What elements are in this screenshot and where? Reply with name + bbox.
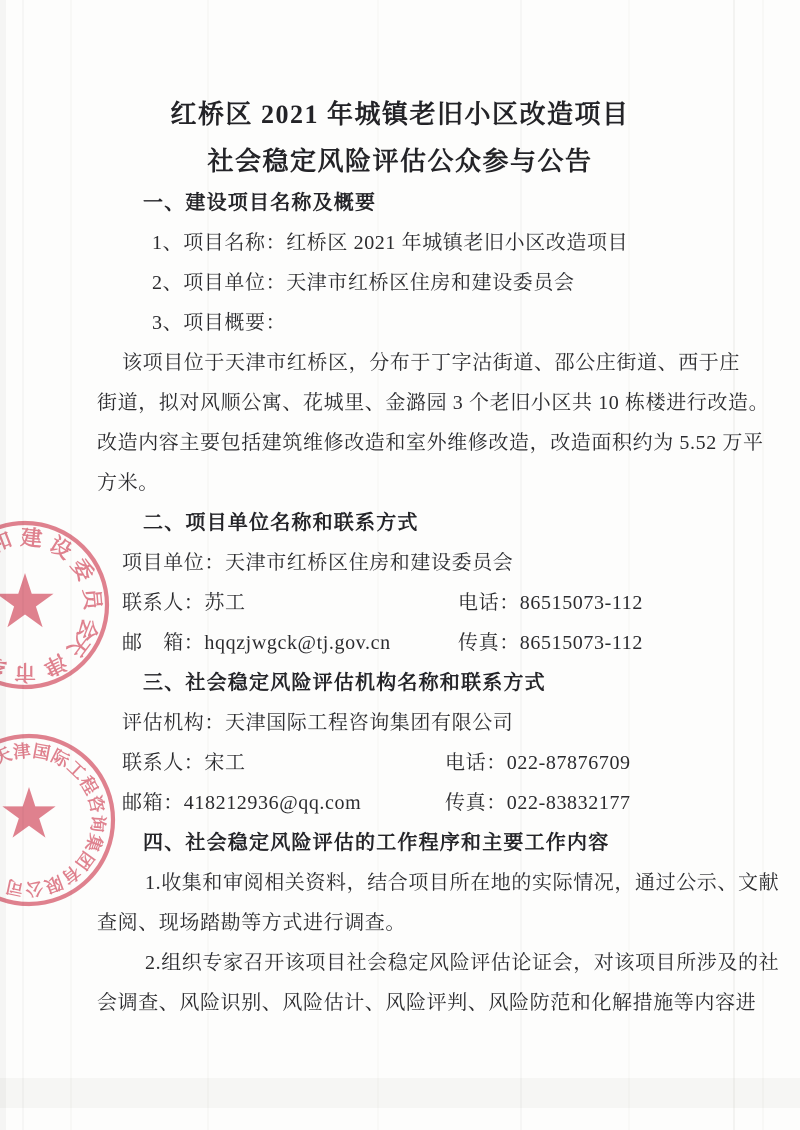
agency-contact-row: 联系人：宋工 电话：022-87876709 <box>97 743 757 783</box>
agency-fax-number: 传真：022-83832177 <box>445 783 631 823</box>
procedure-step1-line1: 1.收集和审阅相关资料，结合项目所在地的实际情况，通过公示、文献 <box>97 863 757 903</box>
document-page: 红桥区 2021 年城镇老旧小区改造项目 社会稳定风险评估公众参与公告 一、建设… <box>0 0 800 1130</box>
project-summary-line1: 该项目位于天津市红桥区，分布于丁字沽街道、邵公庄街道、西于庄 <box>97 343 757 383</box>
seal-text-char: 咨 <box>84 793 108 815</box>
project-unit-line: 2、项目单位：天津市红桥区住房和建设委员会 <box>97 263 757 303</box>
agency-email-row: 邮箱：418212936@qq.com 传真：022-83832177 <box>97 783 757 823</box>
project-summary-line2: 街道，拟对风顺公寓、花城里、金潞园 3 个老旧小区共 10 栋楼进行改造。 <box>97 383 757 423</box>
procedure-step1-line2: 查阅、现场踏勘等方式进行调查。 <box>97 903 757 943</box>
procedure-step2-line2: 会调查、风险识别、风险估计、风险评判、风险防范和化解措施等内容进 <box>97 983 757 1023</box>
unit-email-address: 邮 箱：hqqzjwgck@tj.gov.cn <box>122 632 391 654</box>
document-title: 红桥区 2021 年城镇老旧小区改造项目 社会稳定风险评估公众参与公告 <box>0 91 800 185</box>
seal-star-icon <box>0 573 54 627</box>
agency-name-line: 评估机构：天津国际工程咨询集团有限公司 <box>97 703 757 743</box>
section4-heading: 四、社会稳定风险评估的工作程序和主要工作内容 <box>97 823 757 863</box>
scan-bottom-band <box>0 1078 800 1108</box>
agency-phone-number: 电话：022-87876709 <box>445 743 631 783</box>
seal-text-char: 员 <box>79 587 105 612</box>
unit-email-row: 邮 箱：hqqzjwgck@tj.gov.cn 传真：86515073-112 <box>97 623 757 663</box>
official-seal-consulting-group: 天津国际工程咨询集团有限公司 <box>0 700 149 940</box>
agency-email-address: 邮箱：418212936@qq.com <box>122 792 361 814</box>
section2-heading: 二、项目单位名称和联系方式 <box>97 503 757 543</box>
seal-text-char: 和 <box>0 527 15 557</box>
project-name-line: 1、项目名称：红桥区 2021 年城镇老旧小区改造项目 <box>97 223 757 263</box>
document-body: 一、建设项目名称及概要 1、项目名称：红桥区 2021 年城镇老旧小区改造项目 … <box>97 183 757 1023</box>
seal-text-char: 询 <box>87 814 108 833</box>
unit-fax-number: 传真：86515073-112 <box>458 623 643 663</box>
document-title-line2: 社会稳定风险评估公众参与公告 <box>0 138 800 185</box>
seal-star-icon <box>2 787 55 838</box>
unit-phone-number: 电话：86515073-112 <box>458 583 643 623</box>
procedure-step2-line1: 2.组织专家召开该项目社会稳定风险评估论证会，对该项目所涉及的社 <box>97 943 757 983</box>
document-title-line1: 红桥区 2021 年城镇老旧小区改造项目 <box>0 91 800 138</box>
section1-heading: 一、建设项目名称及概要 <box>97 183 757 223</box>
seal-text-char: 津 <box>12 740 32 762</box>
seal-text-char: 建 <box>20 524 44 551</box>
seal-text-char: 公 <box>24 878 44 899</box>
section3-heading: 三、社会稳定风险评估机构名称和联系方式 <box>97 663 757 703</box>
unit-contact-row: 联系人：苏工 电话：86515073-112 <box>97 583 757 623</box>
seal-text-char: 市 <box>14 660 36 684</box>
project-summary-line4: 方米。 <box>97 463 757 503</box>
official-seal-housing-committee: 天津市红桥区住房和建设委员会 <box>0 485 145 725</box>
unit-name-line: 项目单位：天津市红桥区住房和建设委员会 <box>97 543 757 583</box>
seal-text-char: 司 <box>4 876 25 899</box>
project-summary-label: 3、项目概要： <box>97 303 757 343</box>
seal-text-char: 红 <box>0 649 10 680</box>
project-summary-line3: 改造内容主要包括建筑维修改造和室外维修改造，改造面积约为 5.52 万平 <box>97 423 757 463</box>
